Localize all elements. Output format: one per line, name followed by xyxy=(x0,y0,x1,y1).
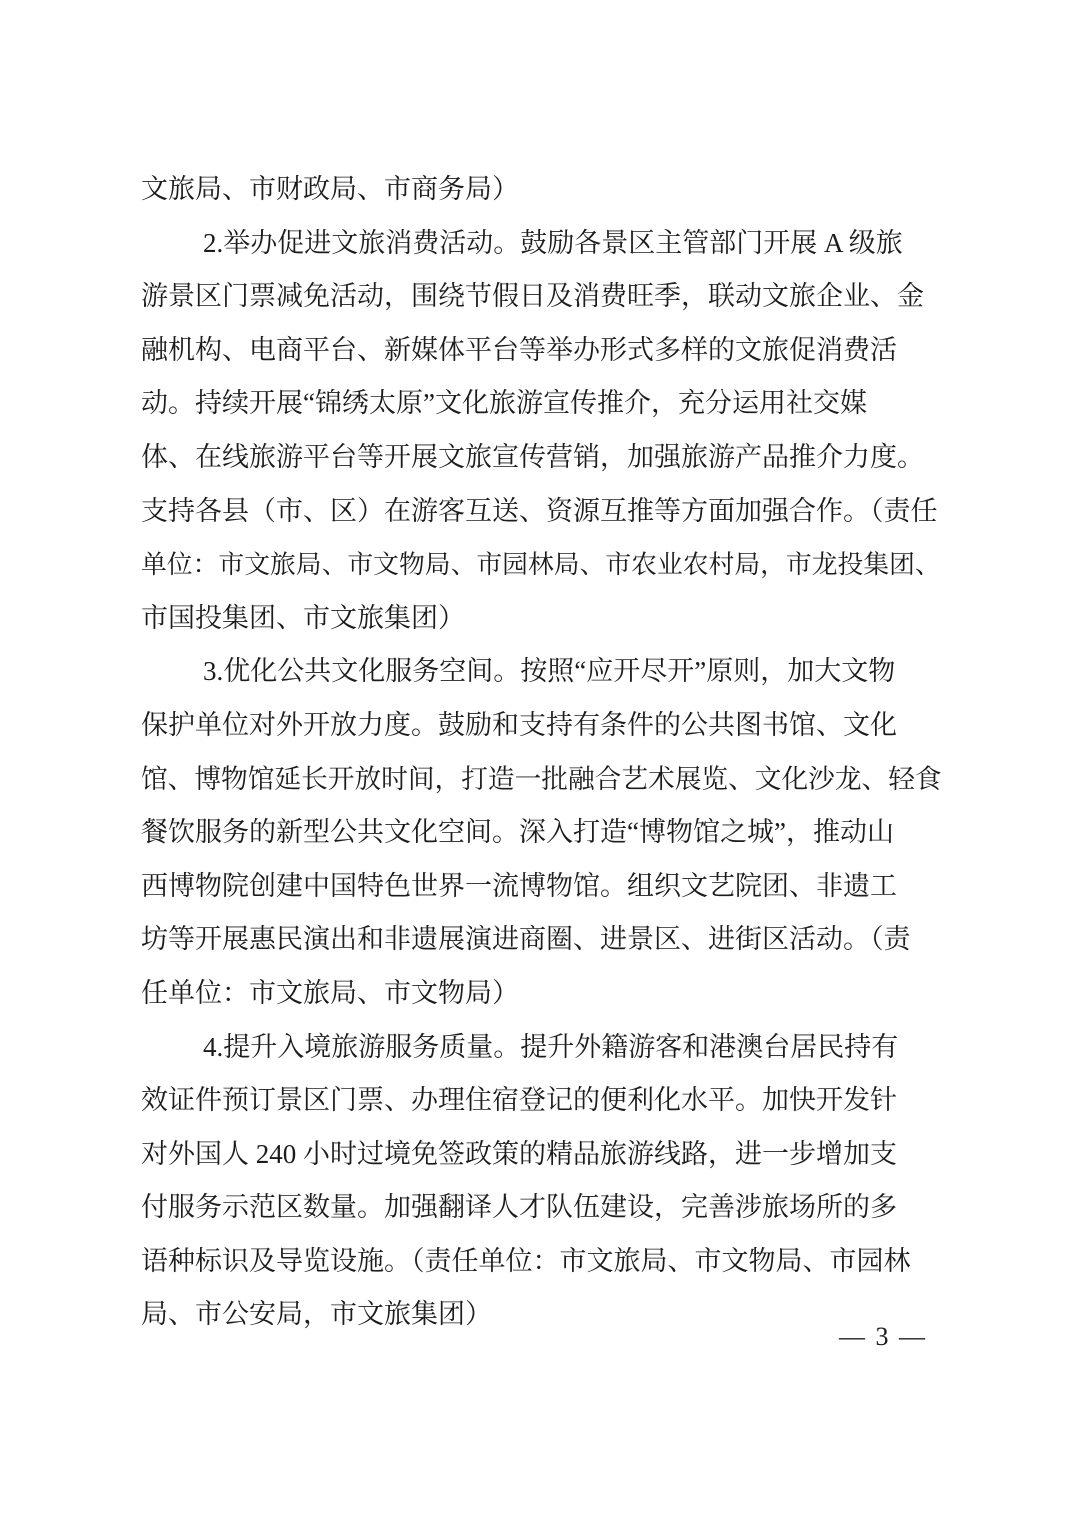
text-line: 支持各县（市、区）在游客互送、资源互推等方面加强合作。（责任 xyxy=(141,485,945,539)
document-body: 文旅局、市财政局、市商务局）2.举办促进文旅消费活动。鼓励各景区主管部门开展 A… xyxy=(141,163,945,1342)
text-line: 语种标识及导览设施。（责任单位：市文旅局、市文物局、市园林 xyxy=(141,1235,945,1289)
text-line: 对外国人 240 小时过境免签政策的精品旅游线路，进一步增加支 xyxy=(141,1128,945,1182)
text-line: 市国投集团、市文旅集团） xyxy=(141,592,945,646)
text-line: 体、在线旅游平台等开展文旅宣传营销，加强旅游产品推介力度。 xyxy=(141,431,945,485)
text-line: 局、市公安局，市文旅集团） xyxy=(141,1288,945,1342)
text-line: 餐饮服务的新型公共文化空间。深入打造“博物馆之城”，推动山 xyxy=(141,806,945,860)
text-line: 单位：市文旅局、市文物局、市园林局、市农业农村局，市龙投集团、 xyxy=(141,538,945,592)
text-line: 4.提升入境旅游服务质量。提升外籍游客和港澳台居民持有 xyxy=(141,1021,945,1075)
page-number: — 3 — xyxy=(839,1314,927,1360)
text-line: 游景区门票减免活动，围绕节假日及消费旺季，联动文旅企业、金 xyxy=(141,270,945,324)
text-line: 付服务示范区数量。加强翻译人才队伍建设，完善涉旅场所的多 xyxy=(141,1181,945,1235)
document-page: 文旅局、市财政局、市商务局）2.举办促进文旅消费活动。鼓励各景区主管部门开展 A… xyxy=(0,0,1080,1529)
text-line: 文旅局、市财政局、市商务局） xyxy=(141,163,945,217)
text-line: 任单位：市文旅局、市文物局） xyxy=(141,967,945,1021)
text-line: 动。持续开展“锦绣太原”文化旅游宣传推介，充分运用社交媒 xyxy=(141,377,945,431)
text-line: 2.举办促进文旅消费活动。鼓励各景区主管部门开展 A 级旅 xyxy=(141,217,945,271)
text-line: 3.优化公共文化服务空间。按照“应开尽开”原则，加大文物 xyxy=(141,645,945,699)
text-line: 坊等开展惠民演出和非遗展演进商圈、进景区、进街区活动。（责 xyxy=(141,913,945,967)
text-line: 效证件预订景区门票、办理住宿登记的便利化水平。加快开发针 xyxy=(141,1074,945,1128)
text-line: 融机构、电商平台、新媒体平台等举办形式多样的文旅促消费活 xyxy=(141,324,945,378)
text-line: 西博物院创建中国特色世界一流博物馆。组织文艺院团、非遗工 xyxy=(141,860,945,914)
text-line: 馆、博物馆延长开放时间，打造一批融合艺术展览、文化沙龙、轻食 xyxy=(141,753,945,807)
text-line: 保护单位对外开放力度。鼓励和支持有条件的公共图书馆、文化 xyxy=(141,699,945,753)
